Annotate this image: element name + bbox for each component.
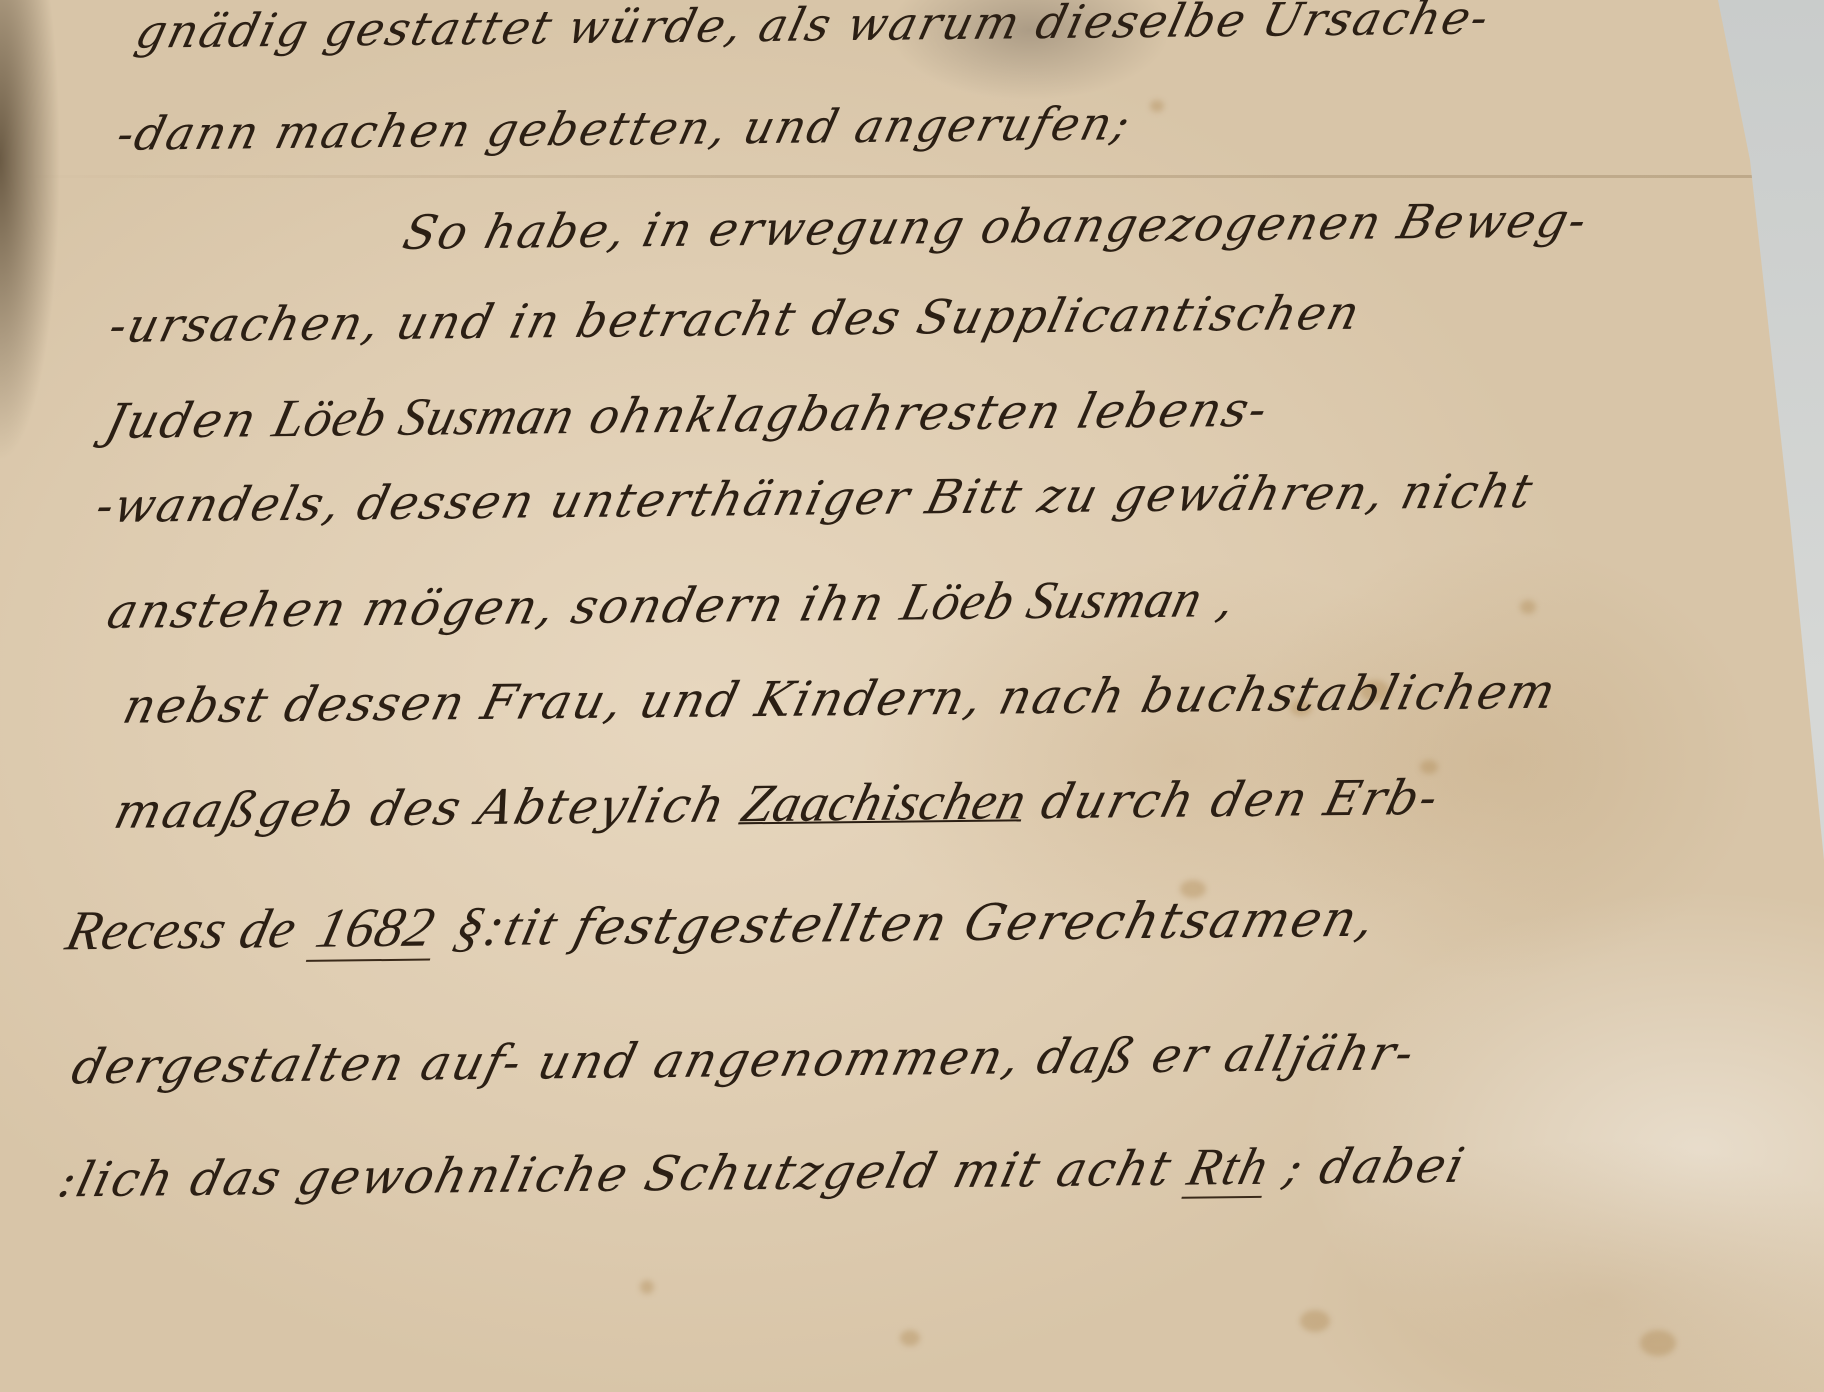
document-photo: gnädig gestattet würde, als warum diesel… bbox=[0, 0, 1824, 1392]
person-name: Löeb Susman bbox=[267, 385, 580, 448]
handwritten-text: gnädig gestattet würde, als warum diesel… bbox=[0, 0, 1824, 1392]
line-suffix: durch den Erb- bbox=[1036, 770, 1445, 830]
line-text: So habe, in erwegung obangezogenen Beweg… bbox=[398, 193, 1594, 261]
person-name: Löeb Susman bbox=[895, 568, 1208, 631]
line-suffix: festgestellten Gerechtsamen, bbox=[568, 890, 1382, 957]
line-suffix: , bbox=[1212, 572, 1243, 628]
line-text: -ursachen, und in betracht des Supplican… bbox=[104, 286, 1367, 354]
line-prefix: maaßgeb des Abteylich bbox=[109, 777, 732, 840]
text-line-4: -ursachen, und in betracht des Supplican… bbox=[104, 286, 1367, 354]
text-line-1: gnädig gestattet würde, als warum diesel… bbox=[131, 0, 1496, 59]
text-line-2: -dann machen gebetten, und angerufen; bbox=[112, 96, 1137, 161]
recess-label: Recess de bbox=[60, 898, 303, 963]
line-suffix: ohnklagbahresten lebens- bbox=[584, 382, 1275, 445]
line-suffix: ; dabei bbox=[1279, 1138, 1472, 1196]
section-reference: §:tit bbox=[449, 895, 565, 957]
text-line-11: dergestalten auf- und angenommen, daß er… bbox=[66, 1025, 1421, 1095]
text-line-8: nebst dessen Frau, und Kindern, nach buc… bbox=[118, 664, 1563, 735]
line-text: nebst dessen Frau, und Kindern, nach buc… bbox=[118, 664, 1563, 735]
text-line-6: -wandels, dessen unterthäniger Bitt zu g… bbox=[91, 464, 1540, 534]
line-prefix: :lich das gewohnliche Schutzgeld mit ach… bbox=[53, 1141, 1178, 1209]
text-line-7: anstehen mögen, sondern ihn Löeb Susman … bbox=[102, 567, 1244, 641]
line-text: -wandels, dessen unterthäniger Bitt zu g… bbox=[91, 464, 1540, 534]
recess-year: 1682 bbox=[306, 896, 445, 961]
line-prefix: Juden bbox=[100, 392, 264, 450]
line-text: gnädig gestattet würde, als warum diesel… bbox=[131, 0, 1496, 59]
text-line-3: So habe, in erwegung obangezogenen Beweg… bbox=[398, 193, 1594, 261]
line-prefix: anstehen mögen, sondern ihn bbox=[102, 576, 892, 640]
text-line-9: maaßgeb des Abteylich Zaachischen durch … bbox=[109, 765, 1447, 841]
text-line-10: Recess de 1682 §:tit festgestellten Gere… bbox=[60, 886, 1383, 964]
line-text: dergestalten auf- und angenommen, daß er… bbox=[66, 1025, 1421, 1095]
text-line-12: :lich das gewohnliche Schutzgeld mit ach… bbox=[53, 1135, 1472, 1210]
manuscript-page: gnädig gestattet würde, als warum diesel… bbox=[0, 0, 1824, 1392]
currency-abbreviation: Rth bbox=[1182, 1138, 1276, 1199]
text-line-5: Juden Löeb Susman ohnklagbahresten leben… bbox=[100, 377, 1276, 451]
line-text: -dann machen gebetten, und angerufen; bbox=[112, 96, 1137, 161]
place-name: Zaachischen bbox=[736, 770, 1033, 833]
